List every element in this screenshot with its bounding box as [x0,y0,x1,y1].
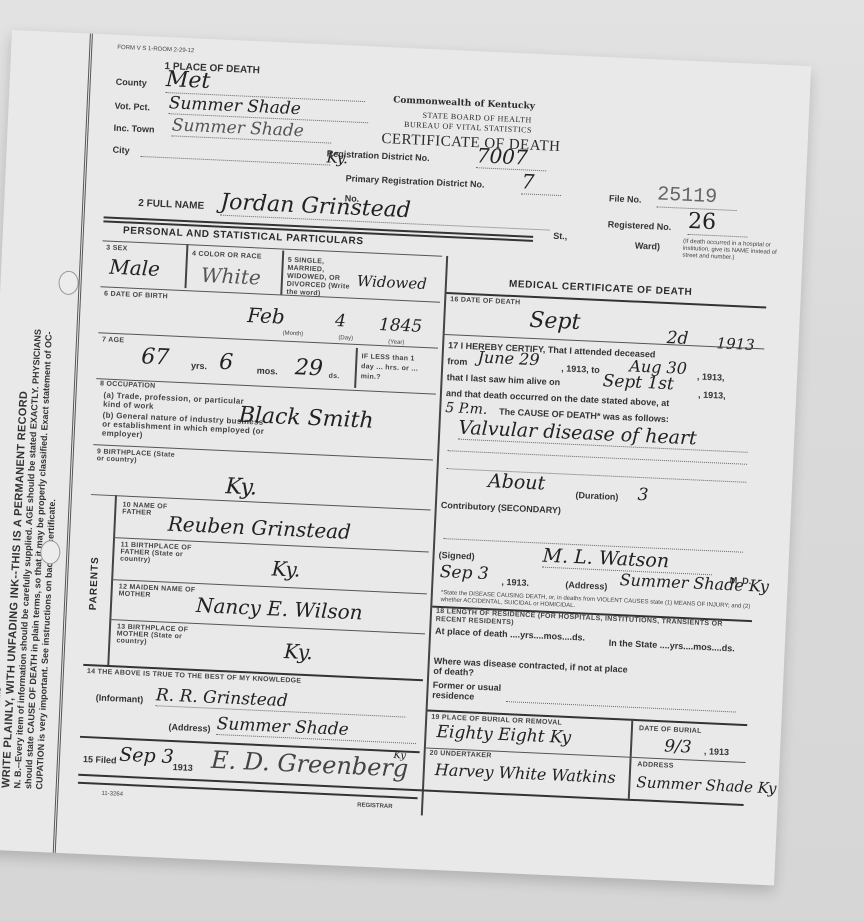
printer-code: 11-3264 [101,791,123,798]
town-label: Inc. Town [113,123,154,135]
primary-district-label: Primary Registration District No. [345,173,484,189]
undertaker-address-label: ADDRESS [637,761,674,770]
last-saw-label: that I last saw him alive on [446,372,560,387]
file-no-label: File No. [609,193,642,204]
month-caption: (Month) [282,331,303,338]
city-label: City [112,145,129,156]
age-years: 67 [141,344,170,370]
former-residence-label: Former or usual residence [432,680,523,704]
punch-hole [58,270,79,295]
dob-label: 6 DATE OF BIRTH [104,290,168,300]
registered-no-value: 26 [687,209,748,238]
age-days: 29 [294,355,323,381]
death-certificate: MARGIN RESERVED FOR BINDING WRITE PLAINL… [0,30,811,885]
informant-address-label: (Address) [168,722,210,734]
time-of-death: 5 P.m. [445,400,488,418]
undertaker-label: 20 UNDERTAKER [429,750,491,760]
contributory-label: Contributory (SECONDARY) [441,500,562,515]
duration-value: About [488,470,546,495]
duration-label: (Duration) [575,490,618,502]
primary-district-value: 7 [521,169,562,196]
dob-day: 4 [335,311,347,331]
former-residence-line [506,701,736,712]
last-saw-value: Sept 1st [602,371,674,394]
death-date-label: 16 DATE OF DEATH [450,296,521,306]
filed-value: Sep 3 [119,744,175,768]
attended-to-year: , 1913, [697,371,725,382]
cause-line [447,450,747,465]
mother-value: Nancy E. Wilson [196,593,364,625]
sex-label: 3 SEX [106,245,128,253]
filed-year: 1913 [173,762,193,773]
city-field [140,156,330,166]
father-birthplace-value: Ky. [271,556,301,581]
hospital-note: (If death occurred in a hospital or inst… [682,239,779,264]
dob-year: 1845 [379,315,423,337]
mother-label: 12 MAIDEN NAME OF MOTHER [118,583,209,601]
informant-value: R. R. Grinstead [155,685,406,717]
registrar-state: Ky [393,750,406,762]
undertaker-address-value: Summer Shade Ky [636,773,777,797]
vot-label: Vot. Pct. [114,101,150,113]
attended-from-year: , 1913, to [561,363,600,375]
marital-label: 5 SINGLE, MARRIED, WIDOWED, OR DIVORCED … [286,257,358,300]
registrar-label: REGISTRAR [357,802,393,810]
punch-hole [40,540,61,565]
father-value: Reuben Grinstead [167,512,351,544]
dob-month: Feb [247,303,285,329]
sex-value: Male [109,255,161,281]
filed-label: 15 Filed [83,754,117,766]
mos-label: mos. [257,365,278,376]
county-label: County [116,77,147,88]
divider [184,244,188,288]
undertaker-value: Harvey White Watkins [434,760,616,787]
commonwealth-label: Commonwealth of Kentucky [393,95,535,111]
mother-birthplace-value: Ky. [284,639,314,664]
age-months: 6 [219,350,234,376]
physician-address-label: (Address) [565,580,607,592]
ds-label: ds. [328,373,339,380]
certificate-form: FORM V S 1-ROOM 2-29-12 1 PLACE OF DEATH… [59,34,811,886]
margin-instructions: MARGIN RESERVED FOR BINDING WRITE PLAINL… [0,88,77,790]
marital-value: Widowed [357,272,428,293]
divider [78,782,418,799]
age-label: 7 AGE [102,336,125,344]
ward-label: Ward) [635,240,661,251]
day-caption: (Day) [338,335,353,342]
physician-address-value: Summer Shade Ky [619,570,769,596]
from-label: from [447,356,467,367]
less-than-day-label: IF LESS than 1 day ... hrs. or ... min.? [360,352,427,385]
signed-label: (Signed) [438,550,474,562]
cause-of-death-value: Valvular disease of heart [458,417,749,453]
in-state-label: In the State ....yrs....mos....ds. [609,638,749,654]
burial-year: , 1913 [704,746,729,757]
birthplace-label: 9 BIRTHPLACE (State or country) [96,448,177,466]
attended-from: June 29 [477,347,540,369]
race-value: White [201,263,262,290]
divider [628,719,634,799]
informant-label: (Informant) [96,692,144,704]
mother-birthplace-label: 13 BIRTHPLACE OF MOTHER (State or countr… [116,623,197,648]
registered-no-label: Registered No. [608,219,672,232]
birthplace-value: Ky. [225,474,258,500]
st-label: St., [553,231,567,242]
divider [354,348,358,388]
file-no-value: 25119 [657,183,738,211]
burial-date-value: 9/3 [664,736,692,757]
occupation-label: 8 OCCUPATION [100,380,156,390]
full-name-label: 2 FULL NAME [138,198,204,212]
signed-year: , 1913. [501,577,529,588]
divider [280,250,284,294]
duration-years: 3 [637,485,649,505]
informant-address-value: Summer Shade [216,714,417,744]
death-year: 1913 [716,334,755,354]
yrs-label: yrs. [191,360,207,371]
signed-date: Sep 3 [439,562,489,584]
race-label: 4 COLOR OR RACE [192,250,262,260]
parents-section-title: PARENTS [88,556,101,610]
burial-date-label: DATE OF BURIAL [639,725,702,735]
reg-district-value: 7007 [476,143,547,171]
death-month: Sept [529,308,581,335]
form-number: FORM V S 1-ROOM 2-29-12 [117,45,194,54]
father-birthplace-label: 11 BIRTHPLACE OF FATHER (State or countr… [120,541,201,566]
